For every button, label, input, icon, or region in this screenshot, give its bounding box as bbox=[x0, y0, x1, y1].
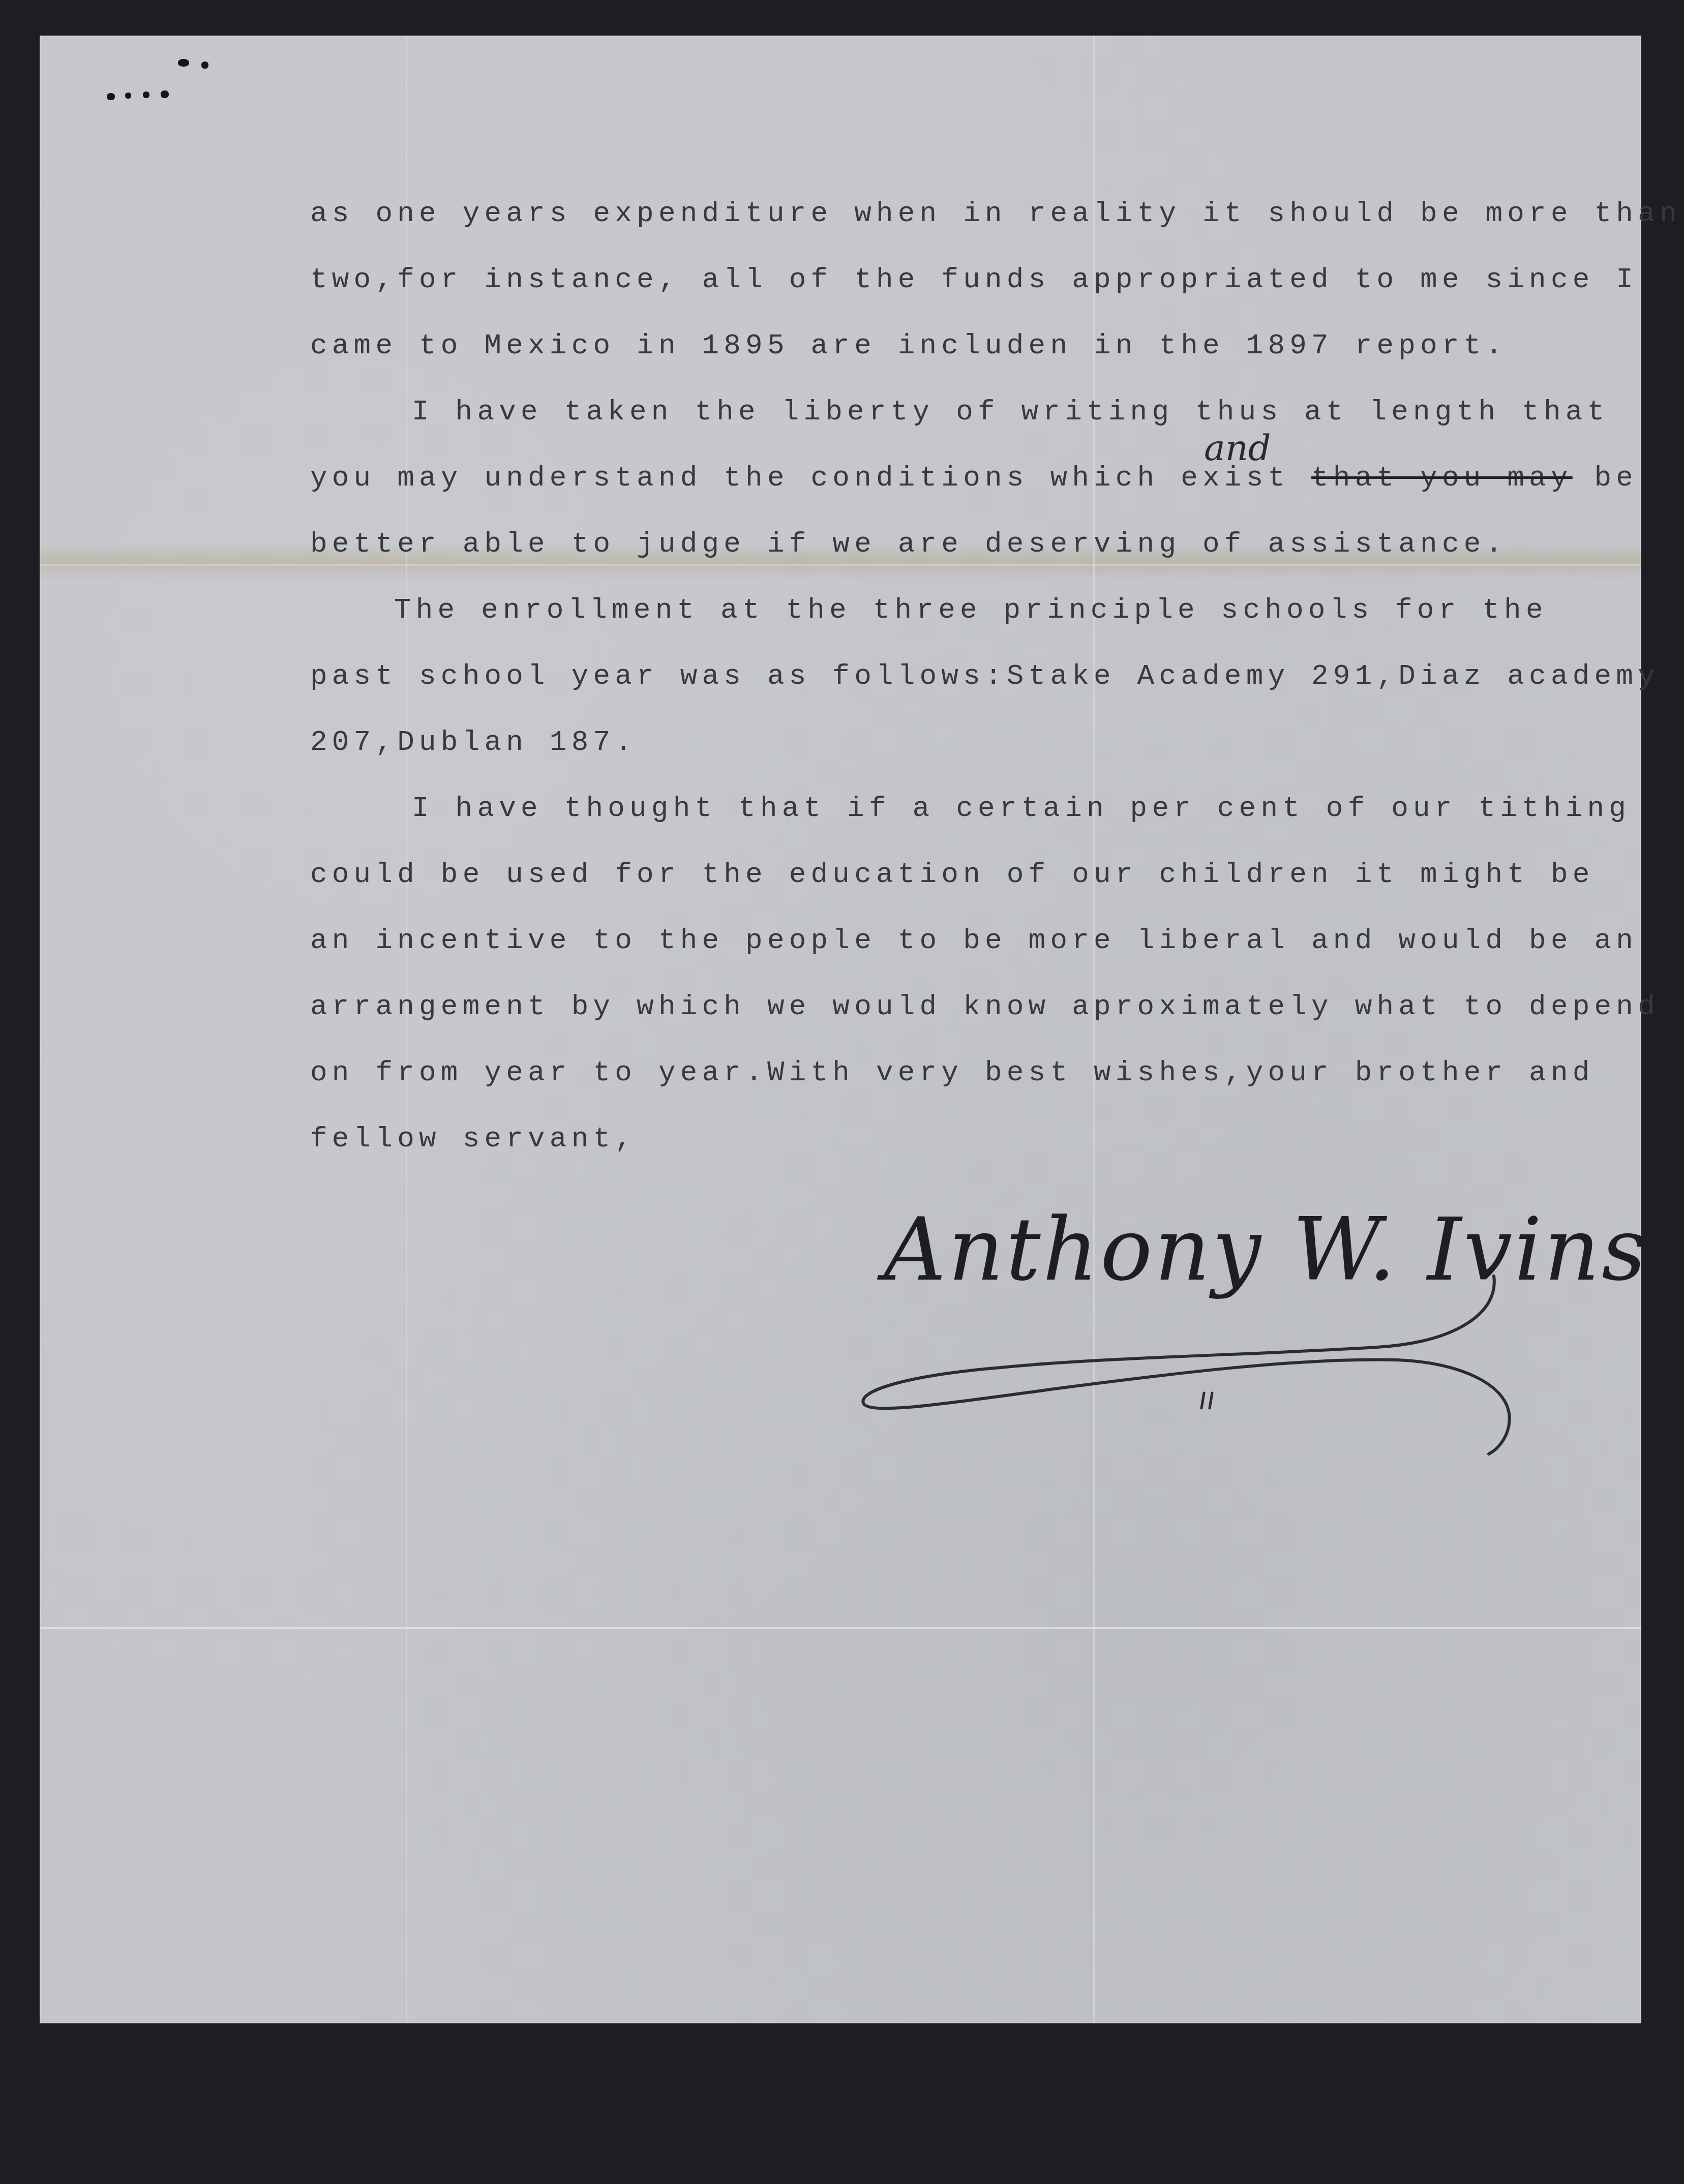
text-line: past school year was as follows:Stake Ac… bbox=[310, 662, 1660, 690]
struck-text: that you may bbox=[1311, 462, 1573, 494]
punch-hole bbox=[178, 59, 189, 67]
text-line: I have taken the liberty of writing thus… bbox=[412, 398, 1609, 426]
letter-page: as one years expenditure when in reality… bbox=[40, 36, 1641, 2023]
text-line: two,for instance, all of the funds appro… bbox=[310, 265, 1638, 294]
text-line: on from year to year.With very best wish… bbox=[310, 1058, 1595, 1087]
text-line: arrangement by which we would know aprox… bbox=[310, 992, 1660, 1021]
text-line: could be used for the education of our c… bbox=[310, 860, 1595, 889]
punch-hole bbox=[201, 62, 208, 69]
horizontal-fold-line bbox=[40, 1627, 1641, 1629]
text-line: 207,Dublan 187. bbox=[310, 728, 637, 756]
punch-hole bbox=[143, 92, 149, 98]
text-line: better able to judge if we are deserving… bbox=[310, 530, 1507, 558]
signature-flourish-icon bbox=[848, 1179, 1590, 1464]
text-segment: be bbox=[1573, 462, 1638, 494]
signature: Anthony W. Ivins bbox=[848, 1179, 1590, 1464]
text-line: an incentive to the people to be more li… bbox=[310, 926, 1638, 955]
text-line: fellow servant, bbox=[310, 1125, 637, 1153]
punch-hole bbox=[125, 93, 131, 99]
text-line: came to Mexico in 1895 are includen in t… bbox=[310, 331, 1507, 360]
text-line: you may understand the conditions which … bbox=[310, 464, 1638, 492]
text-line: I have thought that if a certain per cen… bbox=[412, 794, 1631, 823]
text-segment: you may understand the conditions which … bbox=[310, 462, 1311, 494]
text-line: The enrollment at the three principle sc… bbox=[394, 596, 1548, 624]
text-line: as one years expenditure when in reality… bbox=[310, 199, 1681, 228]
punch-hole bbox=[161, 90, 169, 98]
punch-hole bbox=[107, 93, 115, 100]
